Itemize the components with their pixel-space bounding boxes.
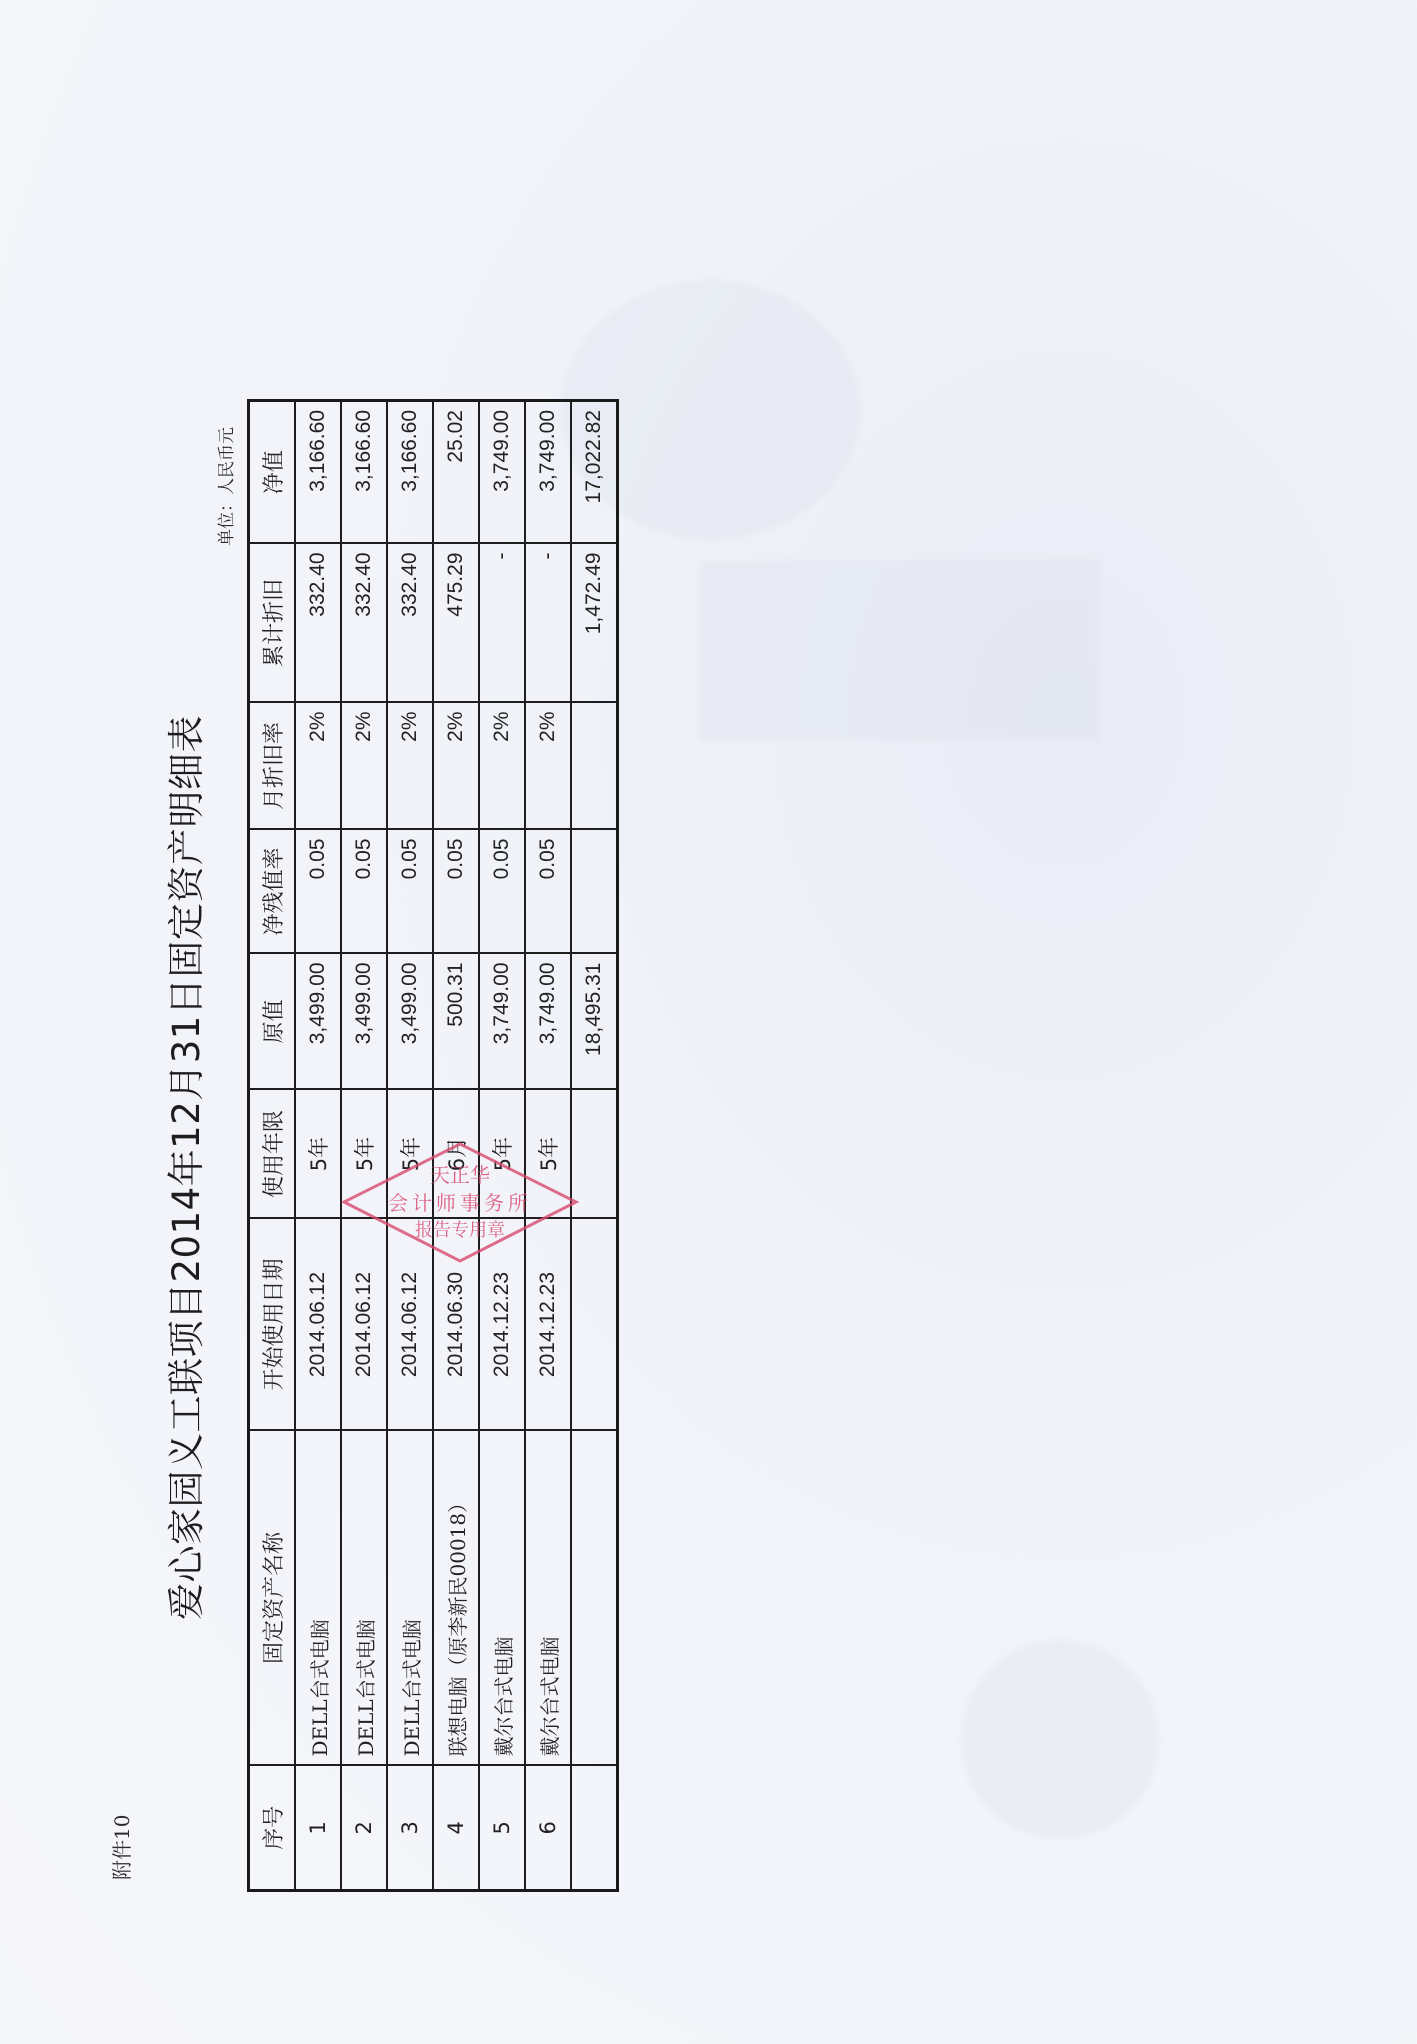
row-net-value: 17,022.82 (571, 401, 618, 544)
table-row: 4联想电脑（原李新民00018）2014.06.306月500.310.052%… (433, 401, 479, 1891)
page-title: 爱心家园义工联项目2014年12月31日固定资产明细表 (156, 660, 210, 1620)
row-useful-life: 6月 (433, 1090, 479, 1219)
table-row: 5戴尔台式电脑2014.12.235年3,749.000.052%-3,749.… (479, 401, 525, 1891)
header-residual-rate: 净残值率 (249, 830, 296, 954)
row-name: DELL台式电脑 (341, 1431, 387, 1766)
row-useful-life: 5年 (479, 1090, 525, 1219)
attachment-label: 附件10 (106, 1815, 135, 1880)
row-monthly-rate: 2% (479, 703, 525, 830)
row-no: 2 (341, 1766, 387, 1891)
row-residual-rate: 0.05 (295, 830, 341, 954)
unit-label: 单位：人民币元 (212, 427, 237, 546)
row-residual-rate: 0.05 (341, 830, 387, 954)
row-accumulated-depreciation: 332.40 (295, 544, 341, 703)
row-accumulated-depreciation: - (525, 544, 571, 703)
row-residual-rate: 0.05 (387, 830, 433, 954)
row-residual-rate: 0.05 (479, 830, 525, 954)
row-name: 联想电脑（原李新民00018） (433, 1431, 479, 1766)
row-monthly-rate: 2% (525, 703, 571, 830)
table-row: 1DELL台式电脑2014.06.125年3,499.000.052%332.4… (295, 401, 341, 1891)
row-name (571, 1431, 618, 1766)
row-useful-life: 5年 (341, 1090, 387, 1219)
row-monthly-rate: 2% (433, 703, 479, 830)
row-net-value: 3,166.60 (295, 401, 341, 544)
row-useful-life: 5年 (387, 1090, 433, 1219)
table-header-row: 序号 固定资产名称 开始使用日期 使用年限 原值 净残值率 月折旧率 累计折旧 … (249, 401, 296, 1891)
row-useful-life: 5年 (295, 1090, 341, 1219)
row-accumulated-depreciation: 332.40 (341, 544, 387, 703)
row-no: 3 (387, 1766, 433, 1891)
row-useful-life: 5年 (525, 1090, 571, 1219)
row-original-value: 3,499.00 (387, 954, 433, 1090)
row-start-date: 2014.06.12 (341, 1219, 387, 1431)
row-original-value: 18,495.31 (571, 954, 618, 1090)
row-accumulated-depreciation: 475.29 (433, 544, 479, 703)
row-no: 1 (295, 1766, 341, 1891)
row-net-value: 25.02 (433, 401, 479, 544)
row-monthly-rate: 2% (341, 703, 387, 830)
row-monthly-rate: 2% (387, 703, 433, 830)
row-name: DELL台式电脑 (387, 1431, 433, 1766)
row-original-value: 3,499.00 (341, 954, 387, 1090)
row-no (571, 1766, 618, 1891)
row-original-value: 500.31 (433, 954, 479, 1090)
row-start-date: 2014.06.30 (433, 1219, 479, 1431)
row-name: DELL台式电脑 (295, 1431, 341, 1766)
row-original-value: 3,749.00 (479, 954, 525, 1090)
row-start-date: 2014.06.12 (295, 1219, 341, 1431)
row-residual-rate: 0.05 (525, 830, 571, 954)
header-net-value: 净值 (249, 401, 296, 544)
row-accumulated-depreciation: 332.40 (387, 544, 433, 703)
row-start-date: 2014.12.23 (479, 1219, 525, 1431)
row-residual-rate (571, 830, 618, 954)
header-name: 固定资产名称 (249, 1431, 296, 1766)
row-useful-life (571, 1090, 618, 1219)
row-name: 戴尔台式电脑 (525, 1431, 571, 1766)
row-no: 6 (525, 1766, 571, 1891)
row-original-value: 3,499.00 (295, 954, 341, 1090)
row-no: 4 (433, 1766, 479, 1891)
row-net-value: 3,166.60 (387, 401, 433, 544)
header-monthly-rate: 月折旧率 (249, 703, 296, 830)
row-start-date: 2014.06.12 (387, 1219, 433, 1431)
row-net-value: 3,166.60 (341, 401, 387, 544)
row-net-value: 3,749.00 (479, 401, 525, 544)
table-row: 3DELL台式电脑2014.06.125年3,499.000.052%332.4… (387, 401, 433, 1891)
row-original-value: 3,749.00 (525, 954, 571, 1090)
header-start-date: 开始使用日期 (249, 1219, 296, 1431)
rotated-page: 附件10 爱心家园义工联项目2014年12月31日固定资产明细表 单位：人民币元… (0, 0, 1417, 2044)
row-no: 5 (479, 1766, 525, 1891)
row-accumulated-depreciation: - (479, 544, 525, 703)
row-monthly-rate: 2% (295, 703, 341, 830)
table-total-row: 18,495.311,472.4917,022.82 (571, 401, 618, 1891)
header-useful-life: 使用年限 (249, 1090, 296, 1219)
row-monthly-rate (571, 703, 618, 830)
header-no: 序号 (249, 1766, 296, 1891)
row-start-date (571, 1219, 618, 1431)
row-start-date: 2014.12.23 (525, 1219, 571, 1431)
row-residual-rate: 0.05 (433, 830, 479, 954)
table-row: 2DELL台式电脑2014.06.125年3,499.000.052%332.4… (341, 401, 387, 1891)
table-row: 6戴尔台式电脑2014.12.235年3,749.000.052%-3,749.… (525, 401, 571, 1891)
row-accumulated-depreciation: 1,472.49 (571, 544, 618, 703)
fixed-asset-table: 序号 固定资产名称 开始使用日期 使用年限 原值 净残值率 月折旧率 累计折旧 … (247, 399, 619, 1892)
row-name: 戴尔台式电脑 (479, 1431, 525, 1766)
row-net-value: 3,749.00 (525, 401, 571, 544)
header-original-value: 原值 (249, 954, 296, 1090)
header-accumulated-depreciation: 累计折旧 (249, 544, 296, 703)
